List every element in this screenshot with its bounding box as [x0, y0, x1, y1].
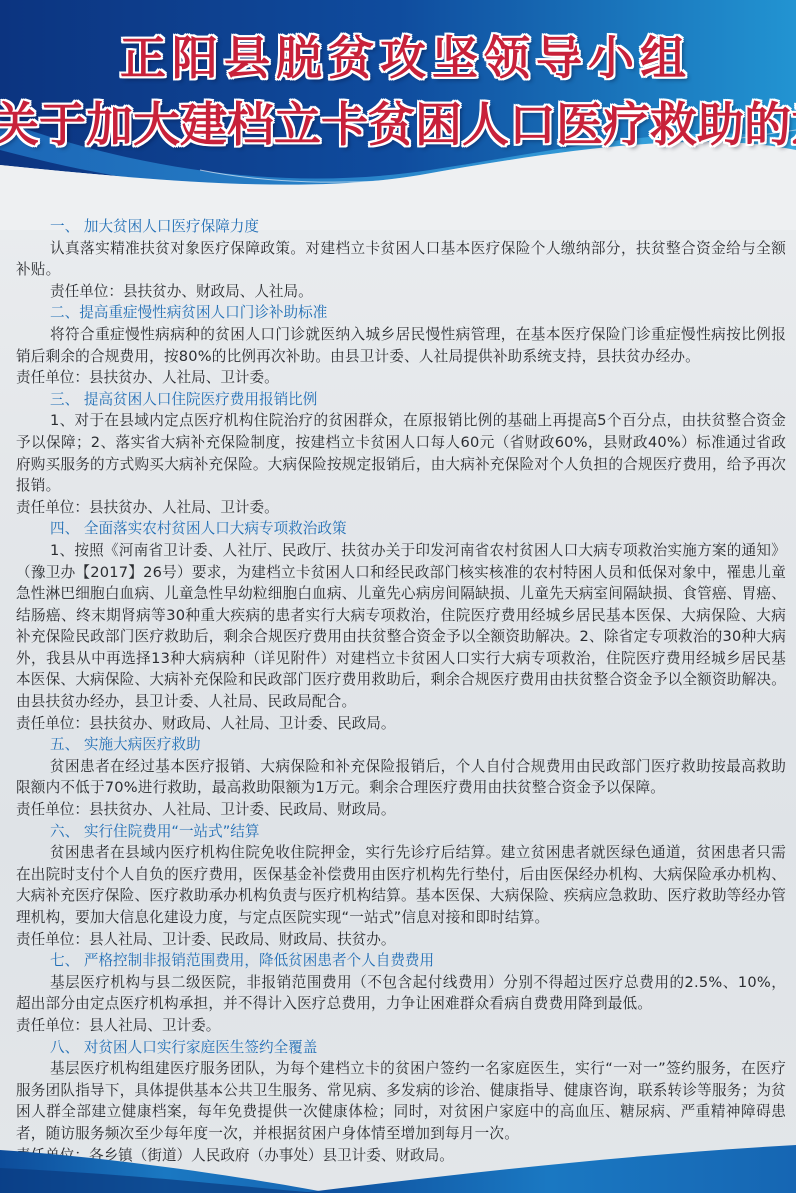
document-body: 一、 加大贫困人口医疗保障力度 认真落实精准扶贫对象医疗保障政策。对建档立卡贫困…	[16, 216, 786, 1166]
section-1: 一、 加大贫困人口医疗保障力度 认真落实精准扶贫对象医疗保障政策。对建档立卡贫困…	[16, 216, 786, 302]
responsibility-line: 责任单位：县人社局、卫计委、民政局、财政局、扶贫办。	[16, 929, 786, 951]
section-heading: 一、 加大贫困人口医疗保障力度	[16, 216, 786, 238]
section-5: 五、 实施大病医疗救助 贫困患者在经过基本医疗报销、大病保险和补充保险报销后，个…	[16, 734, 786, 820]
section-body: 基层医疗机构组建医疗服务团队，为每个建档立卡的贫困户签约一名家庭医生，实行“一对…	[16, 1058, 786, 1144]
section-heading: 五、 实施大病医疗救助	[16, 734, 786, 756]
section-heading: 八、 对贫困人口实行家庭医生签约全覆盖	[16, 1037, 786, 1059]
section-body: 认真落实精准扶贫对象医疗保障政策。对建档立卡贫困人口基本医疗保险个人缴纳部分，扶…	[16, 238, 786, 281]
section-3: 三、 提高贫困人口住院医疗费用报销比例 1、对于在县域内定点医疗机构住院治疗的贫…	[16, 389, 786, 519]
section-heading: 七、 严格控制非报销范围费用，降低贫困患者个人自费费用	[16, 950, 786, 972]
section-body: 基层医疗机构与县二级医院，非报销范围费用（不包含起付线费用）分别不得超过医疗总费…	[16, 972, 786, 1015]
section-4: 四、 全面落实农村贫困人口大病专项救治政策 1、按照《河南省卫计委、人社厅、民政…	[16, 518, 786, 734]
footer-banner-wave	[0, 1140, 796, 1193]
section-heading: 二、提高重症慢性病贫困人口门诊补助标准	[16, 302, 786, 324]
section-body: 1、对于在县域内定点医疗机构住院治疗的贫困群众，在原报销比例的基础上再提高5个百…	[16, 410, 786, 496]
section-heading: 六、 实行住院费用“一站式”结算	[16, 821, 786, 843]
responsibility-line: 责任单位：县人社局、卫计委。	[16, 1015, 786, 1037]
section-6: 六、 实行住院费用“一站式”结算 贫困患者在县域内医疗机构住院免收住院押金，实行…	[16, 821, 786, 951]
responsibility-line: 责任单位：县扶贫办、财政局、人社局。	[16, 281, 786, 303]
responsibility-line: 责任单位：县扶贫办、人社局、卫计委。	[16, 367, 786, 389]
section-body: 贫困患者在经过基本医疗报销、大病保险和补充保险报销后，个人自付合规费用由民政部门…	[16, 756, 786, 799]
section-7: 七、 严格控制非报销范围费用，降低贫困患者个人自费费用 基层医疗机构与县二级医院…	[16, 950, 786, 1036]
section-heading: 三、 提高贫困人口住院医疗费用报销比例	[16, 389, 786, 411]
responsibility-line: 责任单位：县扶贫办、人社局、卫计委。	[16, 497, 786, 519]
section-body: 1、按照《河南省卫计委、人社厅、民政厅、扶贫办关于印发河南省农村贫困人口大病专项…	[16, 540, 786, 713]
poster: 正阳县脱贫攻坚领导小组 关于加大建档立卡贫困人口医疗救助的意见 一、 加大贫困人…	[0, 0, 796, 1193]
section-heading: 四、 全面落实农村贫困人口大病专项救治政策	[16, 518, 786, 540]
title-line-2: 关于加大建档立卡贫困人口医疗救助的意见	[0, 88, 788, 155]
section-2: 二、提高重症慢性病贫困人口门诊补助标准 将符合重症慢性病病种的贫困人口门诊就医纳…	[16, 302, 786, 388]
title-line-1: 正阳县脱贫攻坚领导小组	[0, 22, 796, 88]
responsibility-line: 责任单位：县扶贫办、人社局、卫计委、民政局、财政局。	[16, 799, 786, 821]
section-body: 将符合重症慢性病病种的贫困人口门诊就医纳入城乡居民慢性病管理，在基本医疗保险门诊…	[16, 324, 786, 367]
responsibility-line: 责任单位：县扶贫办、财政局、人社局、卫计委、民政局。	[16, 713, 786, 735]
section-body: 贫困患者在县域内医疗机构住院免收住院押金，实行先诊疗后结算。建立贫困患者就医绿色…	[16, 842, 786, 928]
